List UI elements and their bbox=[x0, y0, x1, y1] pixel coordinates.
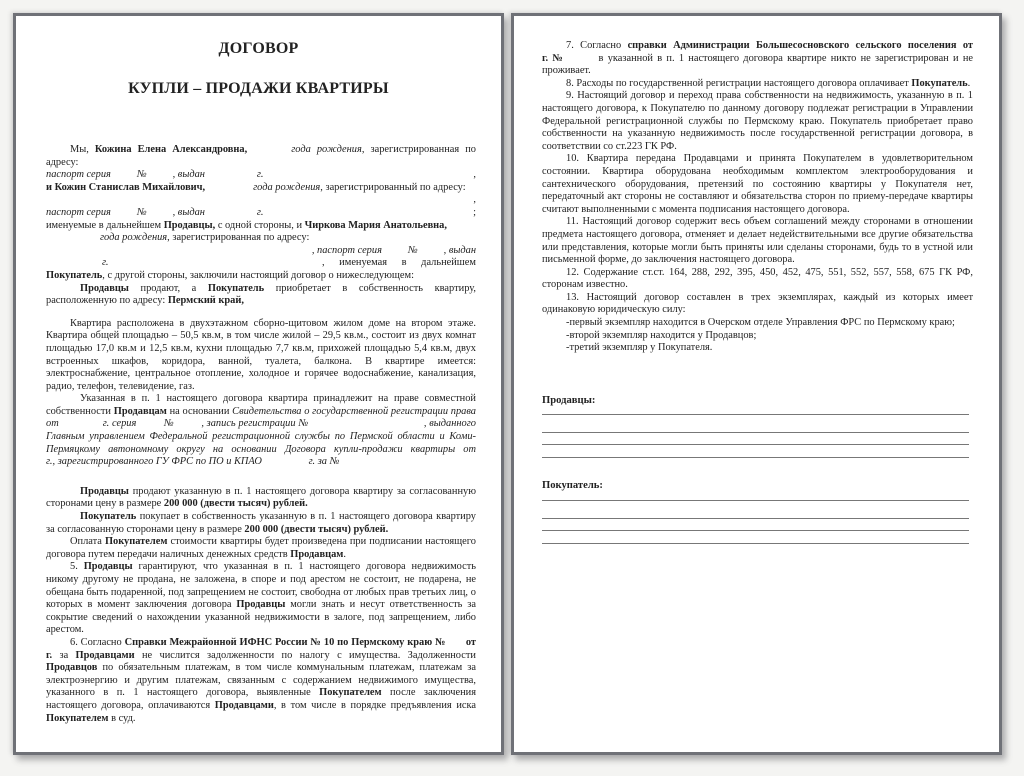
paragraph-6: 6. Согласно Справки Межрайонной ИФНС Рос… bbox=[46, 637, 476, 725]
price: 200 000 (двести тысяч) рублей. bbox=[164, 498, 308, 509]
buyer-name: Чиркова Мария Анатольевна, bbox=[305, 220, 447, 231]
paragraph-ownership: Указанная в п. 1 настоящего договора ква… bbox=[46, 393, 476, 469]
document-page-2: 7. Согласно справки Администрации Больше… bbox=[511, 13, 1002, 755]
buyer-signature-label: Покупатель: bbox=[542, 480, 973, 493]
paragraph-seller-price: Продавцы продают указанную в п. 1 настоя… bbox=[46, 486, 476, 511]
seller-2-name: Кожин Станислав Михайлович, bbox=[55, 182, 206, 193]
paragraph-8: 8. Расходы по государственной регистраци… bbox=[542, 78, 973, 91]
copy-item: -первый экземпляр находится в Очерском о… bbox=[542, 317, 973, 330]
paragraph-apartment-description: Квартира расположена в двухэтажном сборн… bbox=[46, 318, 476, 394]
copy-item: -третий экземпляр у Покупателя. bbox=[542, 342, 973, 355]
paragraph-buyer-price: Покупатель покупает в собственность указ… bbox=[46, 511, 476, 536]
paragraph-5: 5. Продавцы гарантируют, что указанная в… bbox=[46, 561, 476, 637]
paragraph-11: 11. Настоящий договор содержит весь объе… bbox=[542, 216, 973, 266]
copy-item: -второй экземпляр находится у Продавцов; bbox=[542, 330, 973, 343]
document-subtitle: КУПЛИ – ПРОДАЖИ КВАРТИРЫ bbox=[16, 80, 501, 98]
sellers-signature-label: Продавцы: bbox=[542, 395, 973, 408]
page-1-body: Мы, Кожина Елена Александровна,года рожд… bbox=[46, 144, 476, 725]
paragraph-9: 9. Настоящий договор и переход права соб… bbox=[542, 90, 973, 153]
paragraph-1: Продавцы продают, а Покупатель приобрета… bbox=[46, 283, 476, 308]
paragraph-12: 12. Содержание ст.ст. 164, 288, 292, 395… bbox=[542, 267, 973, 292]
document-page-1: ДОГОВОР КУПЛИ – ПРОДАЖИ КВАРТИРЫ Мы, Кож… bbox=[13, 13, 504, 755]
paragraph-payment: Оплата Покупателем стоимости квартиры бу… bbox=[46, 536, 476, 561]
document-title: ДОГОВОР bbox=[16, 40, 501, 58]
paragraph-10: 10. Квартира передана Продавцами и приня… bbox=[542, 153, 973, 216]
seller-1-name: Кожина Елена Александровна, bbox=[95, 144, 247, 155]
paragraph-13: 13. Настоящий договор составлен в трех э… bbox=[542, 292, 973, 317]
page-2-body: 7. Согласно справки Администрации Больше… bbox=[542, 40, 973, 544]
buyer-signature-line[interactable] bbox=[542, 543, 969, 544]
parties-paragraph: Мы, Кожина Елена Александровна,года рожд… bbox=[46, 144, 476, 169]
paragraph-7: 7. Согласно справки Администрации Больше… bbox=[542, 40, 973, 78]
